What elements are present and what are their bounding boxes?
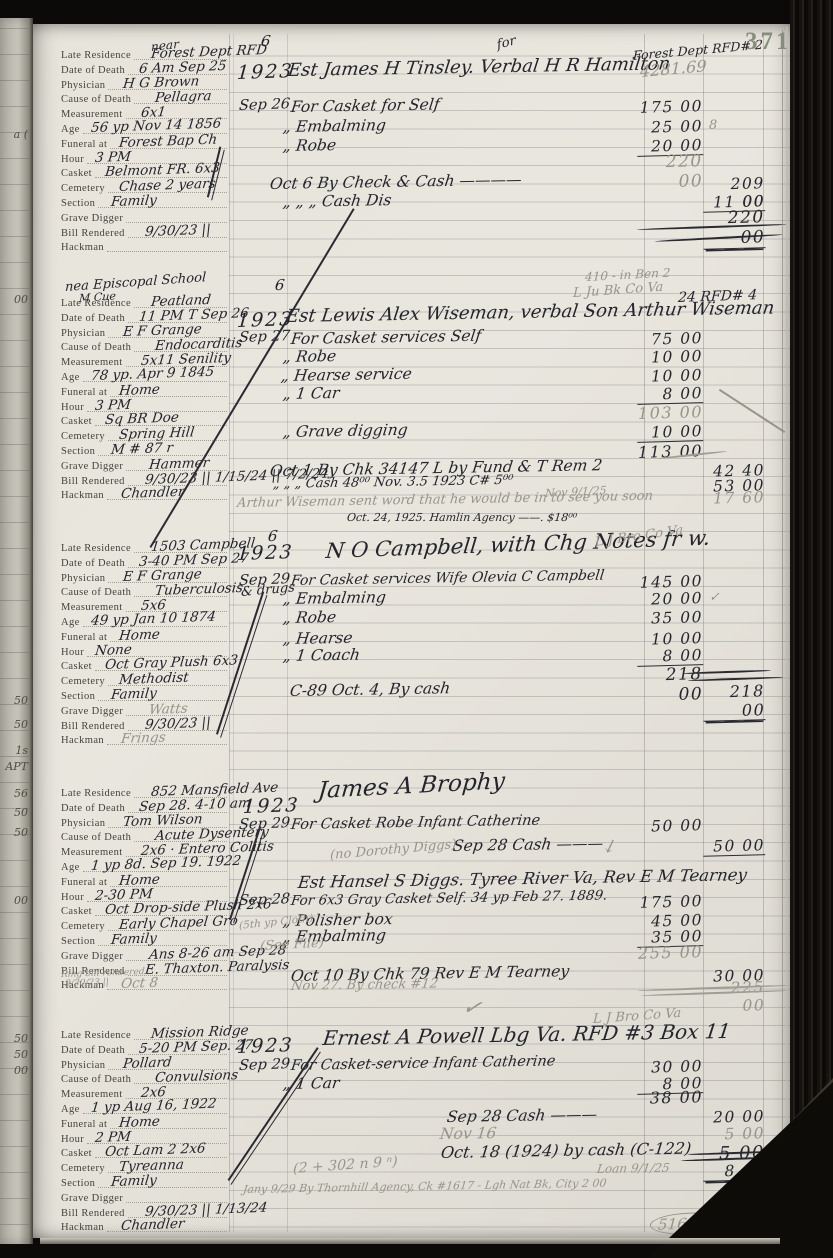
field-label: Bill Rendered — [61, 1207, 125, 1220]
amount-value: 220 00 — [702, 207, 765, 250]
margin-fragment: 50 — [0, 1032, 28, 1045]
account-description: Sep 28 Cash ——— — [446, 1105, 598, 1126]
account-line: Sep 29For Casket-service Infant Catherin… — [33, 1058, 790, 1076]
ledger-entry: Late Residence1503 CampbellDate of Death… — [33, 529, 790, 773]
amount-value: 175 00 — [637, 97, 703, 117]
ledger-entry: Late ResidenceMission RidgeDate of Death… — [33, 1016, 790, 1258]
margin-rule — [0, 54, 29, 55]
margin-rule — [0, 626, 29, 627]
account-description: Loan 9/1/25 — [596, 1161, 670, 1176]
account-line: „ 1 Car8 00 — [33, 385, 790, 403]
amount-value: 113 00 — [637, 441, 703, 462]
account-description: Nov 16 — [439, 1124, 498, 1143]
margin-fragment: a ( — [0, 128, 28, 141]
field-label: Late Residence — [61, 542, 131, 555]
margin-fragment: APT — [0, 760, 28, 773]
field-row: Bill Rendered9/30/23 || — [61, 225, 229, 240]
margin-rule — [0, 938, 29, 939]
account-line: C-89 Oct. 4, By cash218 00 — [33, 682, 790, 700]
account-description: „ Grave digging — [282, 421, 409, 441]
account-date: Sep 28 — [238, 891, 290, 909]
account-line: Jany 9/29 By Thornhill Agency, Ck #1617 … — [33, 1183, 790, 1201]
account-description: „ Embalming — [282, 116, 387, 136]
account-description: „ 1 Car — [282, 384, 341, 403]
account-line: Loan 9/1/258 00 — [33, 1162, 790, 1180]
field-label: Date of Death — [61, 802, 125, 815]
margin-rule — [0, 340, 29, 341]
margin-rule — [0, 262, 29, 263]
dotted-leader — [107, 251, 227, 252]
account-annotation: 6 — [267, 527, 278, 545]
account-description: For Casket-service Infant Catherine — [290, 1053, 556, 1074]
margin-rule — [0, 782, 29, 783]
amount-value: 50 00 — [703, 836, 765, 857]
account-description: For Casket services Self — [290, 327, 482, 348]
margin-rule — [0, 678, 29, 679]
account-line: Sep 26For Casket for Self175 00 — [33, 98, 790, 116]
field-label: Late Residence — [61, 1029, 131, 1042]
margin-rule — [0, 652, 29, 653]
account-line: Est Hansel S Diggs. Tyree River Va, Rev … — [33, 873, 790, 891]
field-value: Frings — [120, 730, 166, 748]
account-header: James A Brophy — [317, 768, 506, 804]
margin-rule — [0, 106, 29, 107]
account-header: Ernest A Powell Lbg Va. RFD #3 Box 11 — [322, 1019, 733, 1050]
margin-rule — [0, 574, 29, 575]
account-description: For Casket services Wife Olevia C Campbe… — [290, 568, 605, 589]
margin-rule — [0, 1016, 29, 1017]
account-date: Sep 29 — [238, 1056, 290, 1074]
page-stack-edge — [782, 30, 783, 1230]
account-annotation: 6 — [274, 276, 285, 294]
account-year: 1923 — [236, 541, 294, 565]
page-bottom-edge — [40, 1238, 780, 1244]
account-description: Nov 27. By check #12 — [290, 976, 439, 994]
amount-value: 10 00 — [637, 347, 703, 367]
ledger-page: 371 Late ResidenceForest Dept RFDDate of… — [33, 24, 790, 1238]
account-description: „ 1 Coach — [282, 646, 361, 665]
field-label: Date of Death — [61, 312, 125, 325]
account-description: Sep 28 Cash ——— — [452, 834, 604, 855]
account-description: C-89 Oct. 4, By cash — [289, 679, 451, 700]
margin-rule — [0, 418, 29, 419]
margin-rule — [0, 912, 29, 913]
margin-rule — [0, 28, 29, 29]
field-label: Date of Death — [61, 1044, 125, 1057]
account-line: „ 1 Coach8 00 — [33, 647, 790, 665]
account-line: Sep 27For Casket services Self75 00 — [33, 330, 790, 348]
field-row: Hackman — [61, 239, 229, 254]
margin-rule — [0, 80, 29, 81]
margin-rule — [0, 1198, 29, 1199]
field-label: Date of Death — [61, 557, 125, 570]
field-label: Date of Death — [61, 64, 125, 77]
field-label: Hackman — [61, 734, 104, 747]
account-annotation: 6 — [260, 32, 271, 50]
amount-value: 75 00 — [637, 329, 703, 349]
ledger-entry: Late Residence852 Mansfield AveDate of D… — [33, 774, 790, 1018]
margin-rule — [0, 1146, 29, 1147]
amount-value: 35 00 — [637, 608, 703, 628]
amount-value: 218 00 — [703, 681, 766, 722]
amount-value: 17 60 — [703, 488, 765, 508]
amount-value: 25 00 — [637, 117, 703, 137]
field-label: Physician — [61, 79, 105, 92]
account-date: Sep 26 — [238, 96, 290, 114]
margin-rule — [0, 1094, 29, 1095]
margin-rule — [0, 496, 29, 497]
field-annotation: M Cue — [79, 289, 116, 305]
account-line: „ Embalming25 008 — [33, 118, 790, 136]
account-line: „ Embalming20 00✓ — [33, 590, 790, 608]
margin-rule — [0, 444, 29, 445]
margin-fragment: 00 — [0, 293, 28, 306]
margin-rule — [0, 860, 29, 861]
margin-rule — [0, 964, 29, 965]
account-year: 1923 — [236, 1034, 294, 1058]
account-description: „ Robe — [282, 608, 337, 627]
field-value: Chandler — [120, 1216, 185, 1234]
field-label: Hackman — [61, 241, 104, 254]
margin-fragment: 50 — [0, 694, 28, 707]
account-description: Oct 6 By Check & Cash ———— — [269, 171, 523, 193]
margin-fragment: 50 — [0, 826, 28, 839]
amount-value: 225 00 — [703, 978, 766, 1016]
margin-rule — [0, 392, 29, 393]
account-description: „ Hearse service — [280, 365, 413, 385]
account-line: Oct 6 By Check & Cash ————209 00 — [33, 175, 790, 193]
margin-rule — [0, 1120, 29, 1121]
margin-fragment: 00 — [0, 894, 28, 907]
account-line: „ Hearse service10 00 — [33, 367, 790, 385]
field-label: Bill Rendered — [61, 227, 125, 240]
account-header: Est James H Tinsley. Verbal H R Hamilton — [287, 53, 672, 81]
margin-rule — [0, 366, 29, 367]
margin-fragment: 56 — [0, 787, 28, 800]
amount-value: 5 00 — [703, 1124, 765, 1144]
margin-rule — [0, 236, 29, 237]
field-label: Late Residence — [61, 787, 131, 800]
margin-fragment: 1s — [0, 744, 28, 757]
field-label: Bill Rendered — [61, 720, 125, 733]
field-row: HackmanChandler — [61, 1219, 229, 1234]
field-row: HackmanFrings — [61, 732, 229, 747]
margin-rule — [0, 886, 29, 887]
margin-rule — [0, 470, 29, 471]
margin-rule — [0, 990, 29, 991]
amount-value: 103 00 — [637, 402, 703, 423]
account-description: Oct. 18 (1924) by cash (C-122) — [440, 1139, 692, 1162]
field-label: Late Residence — [61, 49, 131, 62]
margin-rule — [0, 600, 29, 601]
account-annotation: for — [496, 33, 517, 52]
margin-fragment: 50 — [0, 718, 28, 731]
account-line: Sep 28 Cash ———20 00 — [33, 1108, 790, 1126]
account-line: „ Hearse10 00 — [33, 630, 790, 648]
amount-suffix: 8 — [709, 118, 717, 133]
account-line: 255 00 — [33, 943, 790, 961]
account-description: „ Robe — [282, 347, 337, 366]
margin-rule — [0, 522, 29, 523]
margin-rule — [0, 314, 29, 315]
account-year: 1923 — [242, 794, 300, 818]
page-stack-edge — [786, 26, 788, 1234]
account-line: Sep 29For Casket services Wife Olevia C … — [33, 573, 790, 591]
account-line: „ Robe35 00 — [33, 609, 790, 627]
book-binding — [790, 0, 833, 1258]
account-line: Sep 28For 6x3 Gray Casket Self. 34 yp Fe… — [33, 893, 790, 911]
account-line: 103 00 — [33, 403, 790, 421]
field-annotation: near — [151, 37, 179, 54]
amount-value: 255 00 — [637, 942, 703, 963]
amount-suffix: ✓ — [709, 590, 720, 605]
account-annotation: 24 RFD# 4 — [677, 287, 757, 306]
account-date: Sep 27 — [238, 328, 290, 346]
account-description: Est Hansel S Diggs. Tyree River Va, Rev … — [297, 865, 748, 892]
margin-rule — [0, 184, 29, 185]
margin-fragment: 50 — [0, 1048, 28, 1061]
field-label: Hackman — [61, 1221, 104, 1234]
account-description: For Casket Robe Infant Catherine — [290, 813, 541, 833]
margin-rule — [0, 210, 29, 211]
ledger-entry: Late ResidencePeatlandDate of Death11 PM… — [33, 284, 790, 528]
previous-page-edge: a (0050501sAPT56505000505000 — [0, 18, 33, 1244]
account-year: 1923 — [236, 60, 294, 84]
margin-fragment: 50 — [0, 806, 28, 819]
amount-value: 38 00 — [637, 1087, 703, 1108]
account-description: „ Embalming — [282, 588, 387, 608]
ledger-scan: a (0050501sAPT56505000505000 371 Late Re… — [0, 0, 833, 1258]
account-line: „ Robe10 00 — [33, 348, 790, 366]
account-line: 220 00 — [33, 152, 790, 170]
account-line: 38 00 — [33, 1088, 790, 1106]
amount-value: 20 00 — [637, 589, 703, 609]
margin-rule — [0, 158, 29, 159]
account-line: Sep 29For Casket Robe Infant Catherine50… — [33, 817, 790, 835]
account-line: „ Grave digging10 00 — [33, 423, 790, 441]
account-line: Oct. 18 (1924) by cash (C-122)5 00 — [33, 1143, 790, 1161]
account-description: For Casket for Self — [290, 95, 441, 116]
account-annotation: Oct. 24, 1925. Hamlin Agency ——. $18⁰⁰ — [346, 511, 577, 524]
margin-rule — [0, 288, 29, 289]
amount-value: 10 00 — [637, 366, 703, 386]
ledger-entry: Late ResidenceForest Dept RFDDate of Dea… — [33, 36, 790, 280]
margin-rule — [0, 548, 29, 549]
margin-rule — [0, 1224, 29, 1225]
amount-value: 175 00 — [637, 892, 703, 912]
margin-rule — [0, 1172, 29, 1173]
account-line: 220 00 — [33, 208, 790, 226]
amount-value: 50 00 — [637, 816, 703, 836]
field-label: Grave Digger — [61, 705, 123, 718]
margin-fragment: 00 — [0, 1064, 28, 1077]
amount-value: 10 00 — [637, 422, 703, 443]
